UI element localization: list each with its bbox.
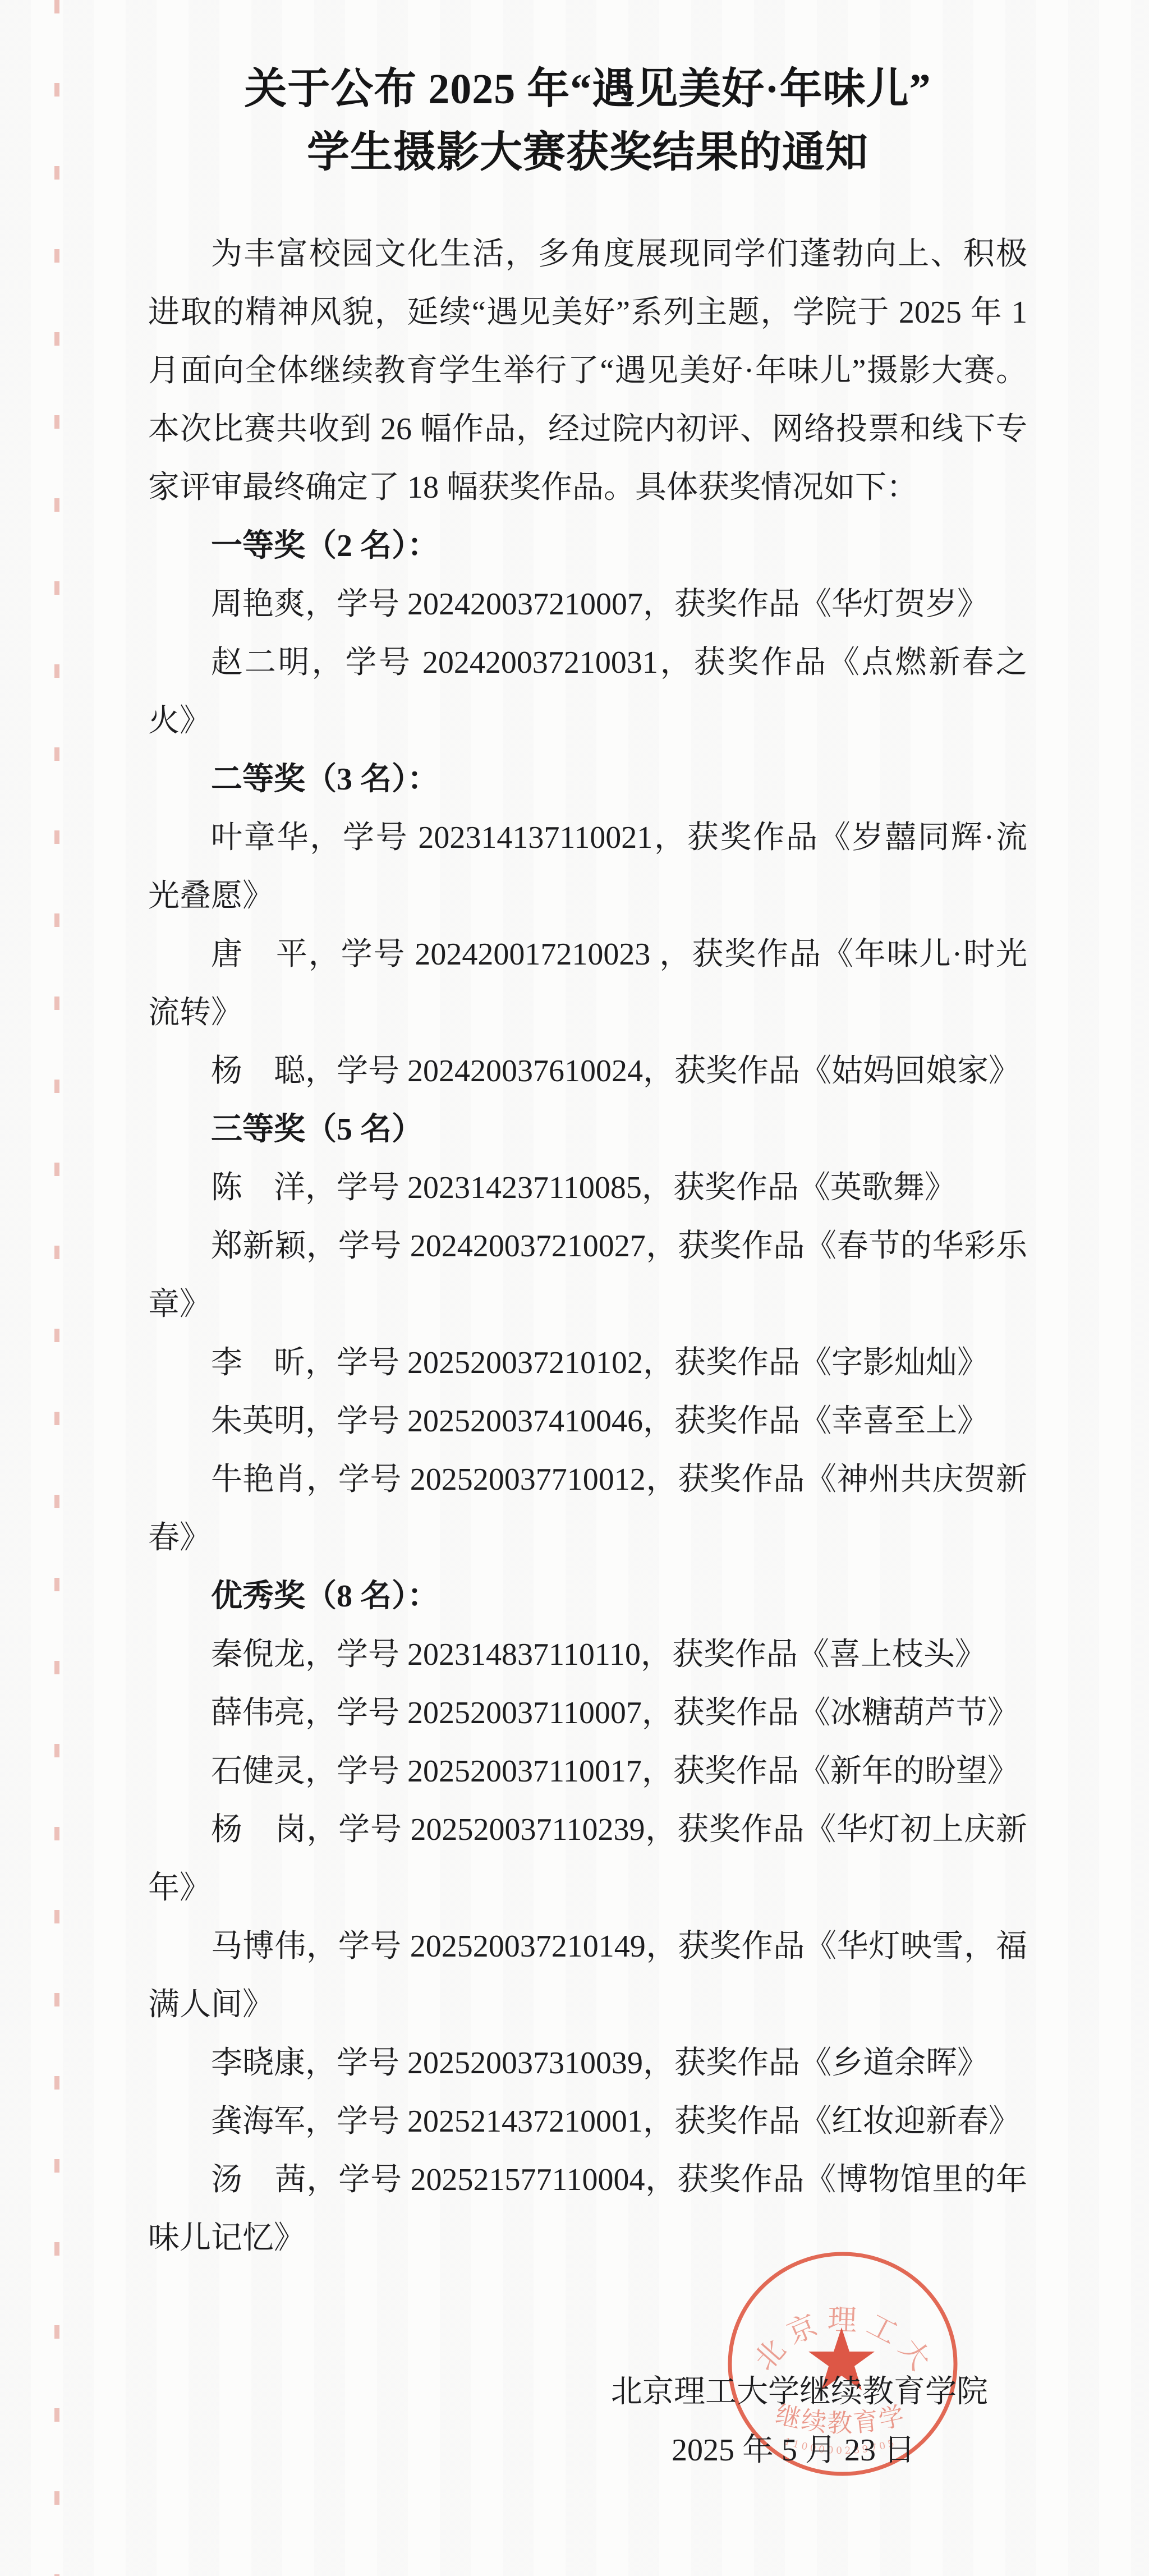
signature-block: 北京理工大学继续教育学院 2025 年 5 月 23 日 [148,2363,1027,2479]
award-entry: 杨 岗，学号 202520037110239，获奖作品《华灯初上庆新年》 [148,1801,1027,1917]
issue-date: 2025 年 5 月 23 日 [148,2421,1027,2479]
award-tier-header-second: 二等奖（3 名）： [148,750,1027,809]
title-line-2: 学生摄影大赛获奖结果的通知 [148,121,1027,185]
award-entry: 李 昕，学号 202520037210102，获奖作品《字影灿灿》 [148,1334,1027,1392]
award-tier-header-merit: 优秀奖（8 名）： [148,1567,1027,1626]
award-entry: 陈 洋，学号 202314237110085，获奖作品《英歌舞》 [148,1159,1027,1217]
notice-document: 北京理工大学 继续教育学院 1100000239705 关于公布 2025 年“… [0,0,1149,2576]
scan-edge-artifact [54,0,59,2576]
award-entry: 朱英明，学号 202520037410046，获奖作品《幸喜至上》 [148,1392,1027,1450]
award-entry: 秦倪龙，学号 202314837110110，获奖作品《喜上枝头》 [148,1626,1027,1684]
award-entry: 石健灵，学号 202520037110017，获奖作品《新年的盼望》 [148,1742,1027,1801]
award-entry: 马博伟，学号 202520037210149，获奖作品《华灯映雪，福满人间》 [148,1917,1027,2034]
award-entry: 叶章华，学号 202314137110021，获奖作品《岁囍同辉·流光叠愿》 [148,809,1027,925]
award-entry: 牛艳肖，学号 202520037710012，获奖作品《神州共庆贺新春》 [148,1450,1027,1567]
award-tier-header-third: 三等奖（5 名） [148,1100,1027,1159]
issuer-signature: 北京理工大学继续教育学院 [148,2363,1027,2421]
award-tier-header-first: 一等奖（2 名）： [148,517,1027,575]
notice-body: 为丰富校园文化生活，多角度展现同学们蓬勃向上、积极进取的精神风貌，延续“遇见美好… [148,225,1027,2267]
page-title: 关于公布 2025 年“遇见美好·年味儿” 学生摄影大赛获奖结果的通知 [148,58,1027,185]
award-entry: 汤 茜，学号 202521577110004，获奖作品《博物馆里的年味儿记忆》 [148,2151,1027,2267]
award-entry: 郑新颖，学号 202420037210027，获奖作品《春节的华彩乐章》 [148,1217,1027,1334]
title-line-1: 关于公布 2025 年“遇见美好·年味儿” [148,58,1027,121]
award-entry: 赵二明，学号 202420037210031，获奖作品《点燃新春之火》 [148,633,1027,750]
award-entry: 龚海军，学号 202521437210001，获奖作品《红妆迎新春》 [148,2092,1027,2151]
award-entry: 唐 平，学号 202420017210023 ，获奖作品《年味儿·时光流转》 [148,925,1027,1042]
intro-paragraph: 为丰富校园文化生活，多角度展现同学们蓬勃向上、积极进取的精神风貌，延续“遇见美好… [148,225,1027,517]
award-entry: 薛伟亮，学号 202520037110007，获奖作品《冰糖葫芦节》 [148,1684,1027,1742]
award-entry: 李晓康，学号 202520037310039，获奖作品《乡道余晖》 [148,2034,1027,2092]
award-entry: 杨 聪，学号 202420037610024，获奖作品《姑妈回娘家》 [148,1042,1027,1100]
award-entry: 周艳爽，学号 202420037210007，获奖作品《华灯贺岁》 [148,575,1027,633]
